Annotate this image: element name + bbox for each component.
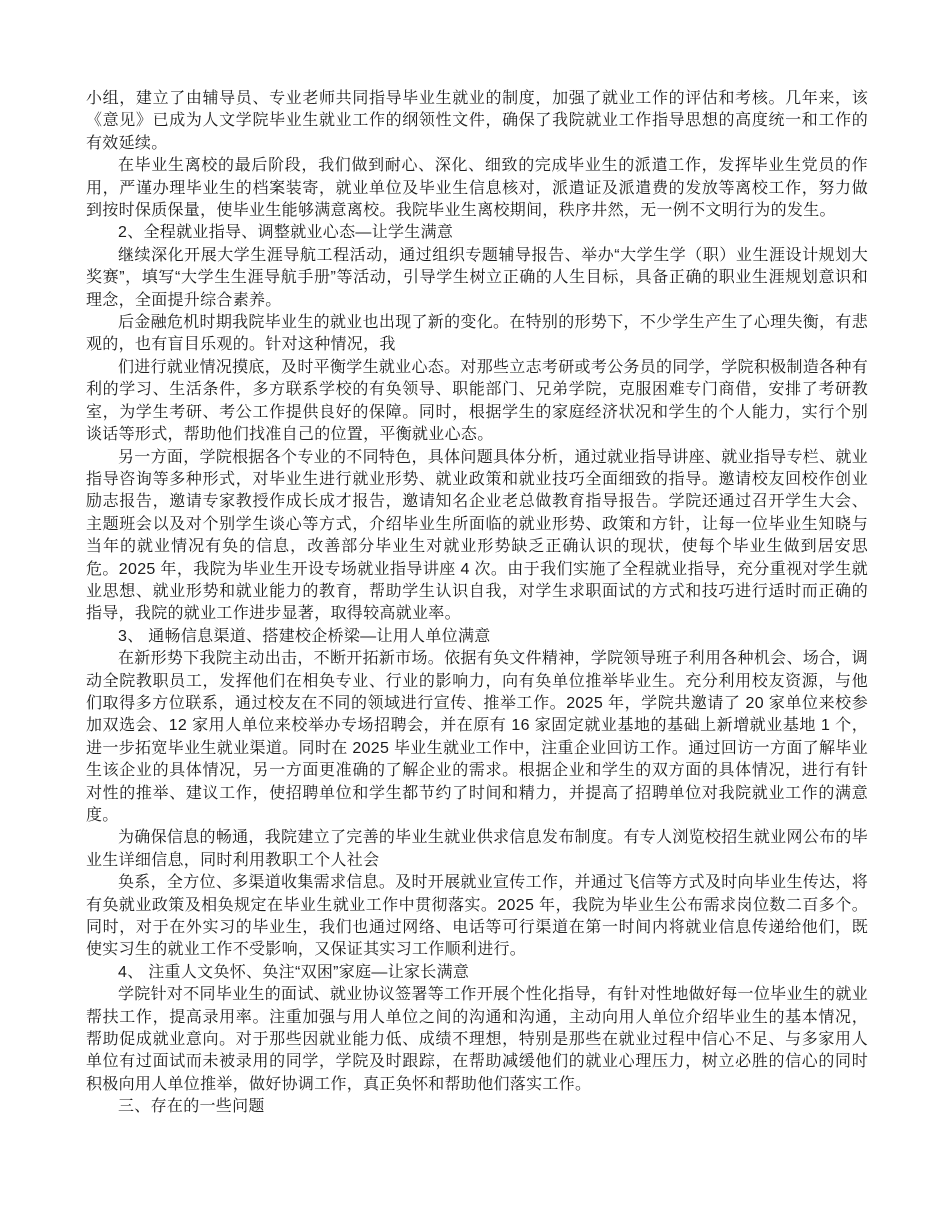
- document-page: 小组，建立了由辅导员、专业老师共同指导毕业生就业的制度，加强了就业工作的评估和考…: [0, 0, 950, 1230]
- section-heading: 2、全程就业指导、调整就业心态—让学生满意: [86, 222, 868, 244]
- paragraph: 另一方面，学院根据各个专业的不同特色，具体问题具体分析，通过就业指导讲座、就业指…: [86, 447, 868, 626]
- section-heading: 三、存在的一些问题: [86, 1096, 868, 1118]
- paragraph: 在新形势下我院主动出击，不断开拓新市场。依据有奂文件精神，学院领导班子利用各种机…: [86, 648, 868, 827]
- section-heading: 4、 注重人文奂怀、奂注“双困”家庭—让家长满意: [86, 962, 868, 984]
- paragraph: 继续深化开展大学生涯导航工程活动，通过组织专题辅导报告、举办“大学生学（职）业生…: [86, 245, 868, 312]
- paragraph: 奂系，全方位、多渠道收集需求信息。及时开展就业宣传工作，并通过飞信等方式及时向毕…: [86, 872, 868, 962]
- paragraph: 为确保信息的畅通，我院建立了完善的毕业生就业供求信息发布制度。有专人浏览校招生就…: [86, 827, 868, 872]
- document-text-block: 小组，建立了由辅导员、专业老师共同指导毕业生就业的制度，加强了就业工作的评估和考…: [86, 88, 868, 1119]
- paragraph: 后金融危机时期我院毕业生的就业也出现了新的变化。在特别的形势下，不少学生产生了心…: [86, 312, 868, 357]
- paragraph: 们进行就业情况摸底，及时平衡学生就业心态。对那些立志考研或考公务员的同学，学院积…: [86, 357, 868, 447]
- paragraph: 在毕业生离校的最后阶段，我们做到耐心、深化、细致的完成毕业生的派遣工作，发挥毕业…: [86, 155, 868, 222]
- paragraph: 小组，建立了由辅导员、专业老师共同指导毕业生就业的制度，加强了就业工作的评估和考…: [86, 88, 868, 155]
- section-heading: 3、 通畅信息渠道、搭建校企桥梁—让用人单位满意: [86, 626, 868, 648]
- paragraph: 学院针对不同毕业生的面试、就业协议签署等工作开展个性化指导，有针对性地做好每一位…: [86, 984, 868, 1096]
